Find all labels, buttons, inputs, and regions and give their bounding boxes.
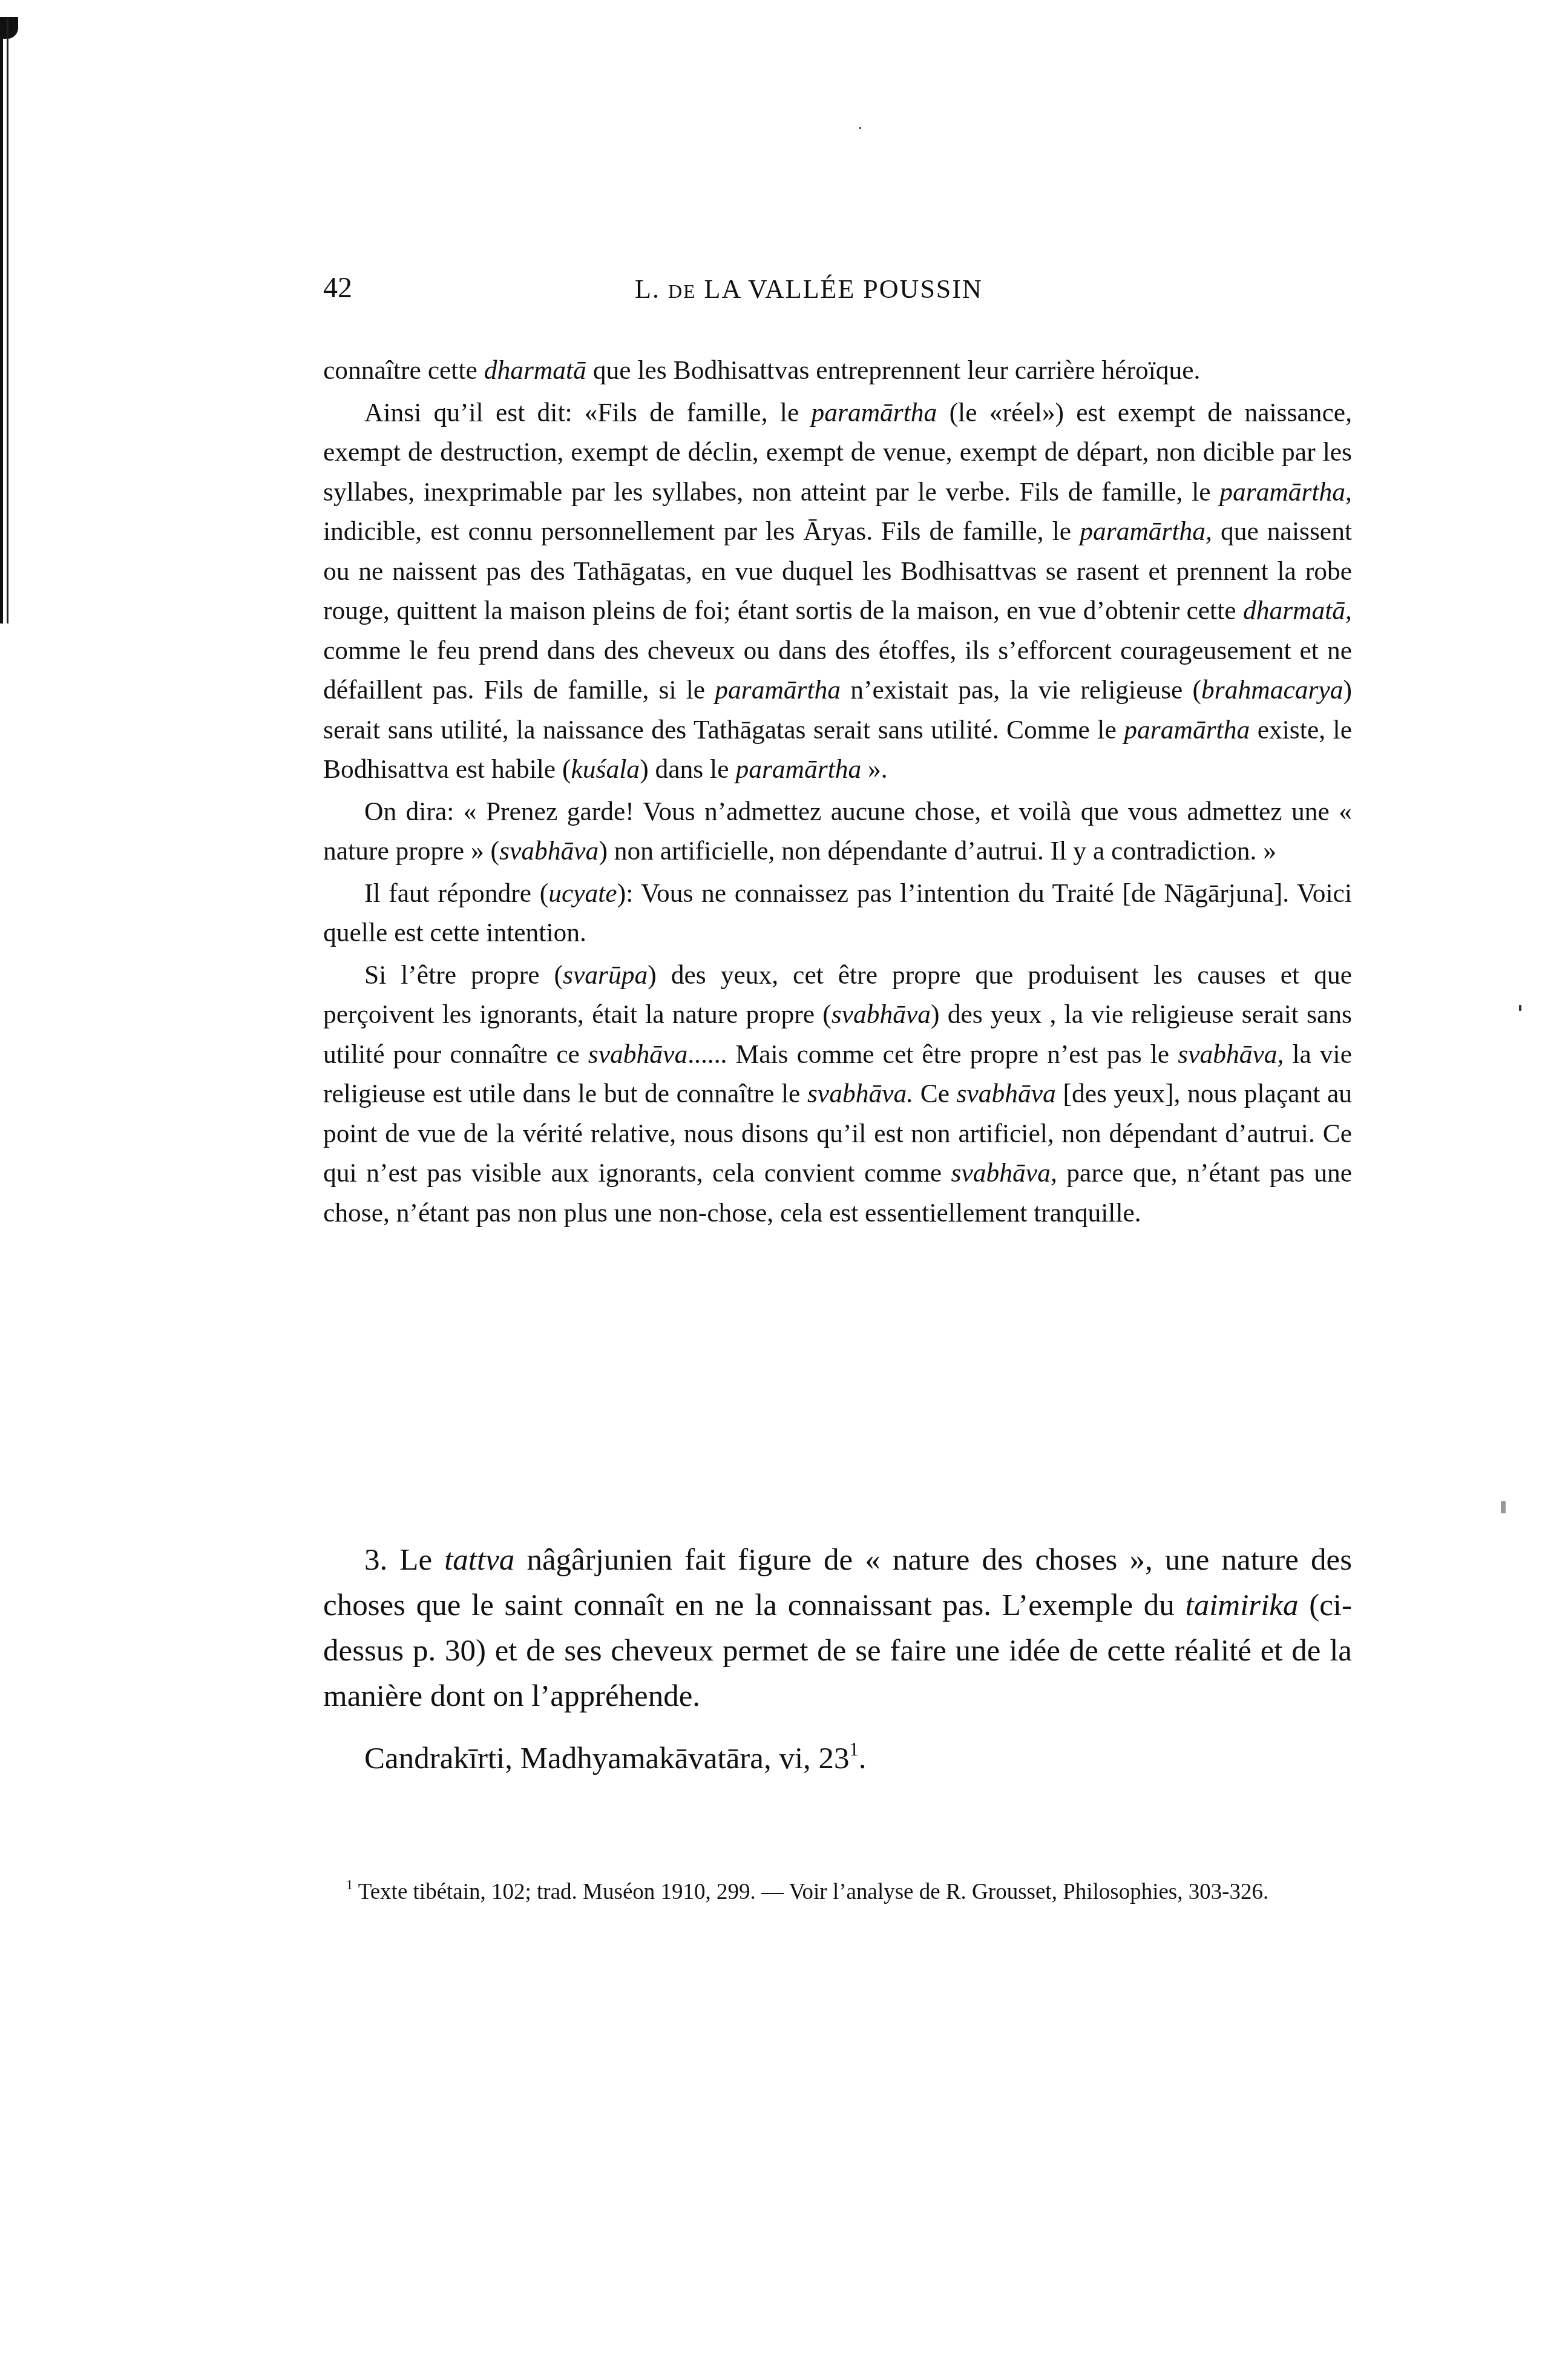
italic-term: paramārtha: [1124, 716, 1250, 745]
italic-term: paramārtha,: [1080, 517, 1212, 546]
italic-term: svabhāva: [499, 837, 599, 866]
running-head-particle: DE: [668, 280, 697, 302]
italic-term: paramārtha: [715, 676, 841, 705]
footnote-marker: 1: [346, 1877, 353, 1892]
italic-term: svabhāva,: [951, 1159, 1057, 1188]
text-run: indicible, est connu personnellement par…: [323, 517, 1080, 546]
scan-binding-edge: [0, 18, 8, 623]
text-run: que les Bodhisattvas entreprennent leur …: [586, 356, 1201, 385]
footnote-reference[interactable]: 1: [850, 1739, 859, 1760]
footnote-text: Texte tibétain, 102; trad. Muséon 1910, …: [353, 1880, 1268, 1904]
italic-term: svarūpa: [563, 961, 648, 990]
footnote-1: 1 Texte tibétain, 102; trad. Muséon 1910…: [323, 1875, 1352, 1909]
italic-term: kuśala: [571, 755, 640, 784]
italic-term: svabhāva.: [807, 1079, 913, 1108]
text-run: ».: [861, 755, 888, 784]
text-run: Ainsi qu’il est dit: «Fils de famille, l…: [364, 398, 812, 427]
source-citation: Candrakīrti, Madhyamakāvatāra, vi, 231.: [323, 1736, 1352, 1782]
text-run: .: [859, 1742, 867, 1775]
italic-term: dharmatā,: [1243, 596, 1352, 625]
italic-term: paramārtha: [812, 398, 937, 427]
text-run: Si l’être propre (: [364, 961, 563, 990]
scan-speck: [1519, 1005, 1521, 1011]
section-paragraph: 3. Le tattva nâgârjunien fait figure de …: [323, 1538, 1352, 1719]
text-run: 3. Le: [364, 1543, 444, 1577]
paragraph-reply: Il faut répondre (ucyate): Vous ne conna…: [323, 874, 1352, 953]
text-run: connaître cette: [323, 356, 484, 385]
italic-term: svabhāva: [832, 1000, 931, 1029]
italic-term: paramārtha,: [1219, 478, 1352, 507]
text-run: ...... Mais comme cet être propre n’est …: [687, 1040, 1178, 1069]
text-run: ) dans le: [640, 755, 735, 784]
italic-term: ucyate: [548, 879, 617, 908]
text-run: Ce: [913, 1079, 956, 1108]
italic-term: svabhāva,: [1178, 1040, 1284, 1069]
running-head-surname: LA VALLÉE POUSSIN: [704, 274, 983, 304]
scan-speck: [859, 127, 861, 129]
section-3: 3. Le tattva nâgârjunien fait figure de …: [323, 1538, 1352, 1782]
italic-term: svabhāva: [957, 1079, 1056, 1108]
text-run: Il faut répondre (: [364, 879, 548, 908]
paragraph-quote: Ainsi qu’il est dit: «Fils de famille, l…: [323, 393, 1352, 790]
running-head: L. DE LA VALLÉE POUSSIN: [635, 274, 983, 304]
paragraph-explanation: Si l’être propre (svarūpa) des yeux, cet…: [323, 956, 1352, 1234]
italic-term: dharmatā: [484, 356, 586, 385]
text-run: n’existait pas, la vie religieuse (: [841, 676, 1201, 705]
citation-text: Candrakīrti, Madhyamakāvatāra, vi, 23: [364, 1742, 850, 1775]
italic-term: svabhāva: [588, 1040, 687, 1069]
paragraph-continuation: connaître cette dharmatā que les Bodhisa…: [323, 351, 1352, 391]
scan-speck: [1501, 1501, 1506, 1513]
footnote: 1 Texte tibétain, 102; trad. Muséon 1910…: [323, 1875, 1352, 1909]
text-run: ) non artificielle, non dépendante d’aut…: [599, 837, 1276, 866]
main-text: connaître cette dharmatā que les Bodhisa…: [323, 351, 1352, 1233]
italic-term: brahmacarya: [1201, 676, 1343, 705]
page-number: 42: [323, 271, 352, 304]
italic-term: taimirika: [1185, 1588, 1298, 1622]
paragraph-objection: On dira: « Prenez garde! Vous n’admettez…: [323, 792, 1352, 872]
italic-term: tattva: [444, 1543, 514, 1577]
italic-term: paramārtha: [735, 755, 861, 784]
running-head-initial: L.: [635, 274, 660, 304]
page-header: 42 L. DE LA VALLÉE POUSSIN: [323, 271, 1364, 314]
